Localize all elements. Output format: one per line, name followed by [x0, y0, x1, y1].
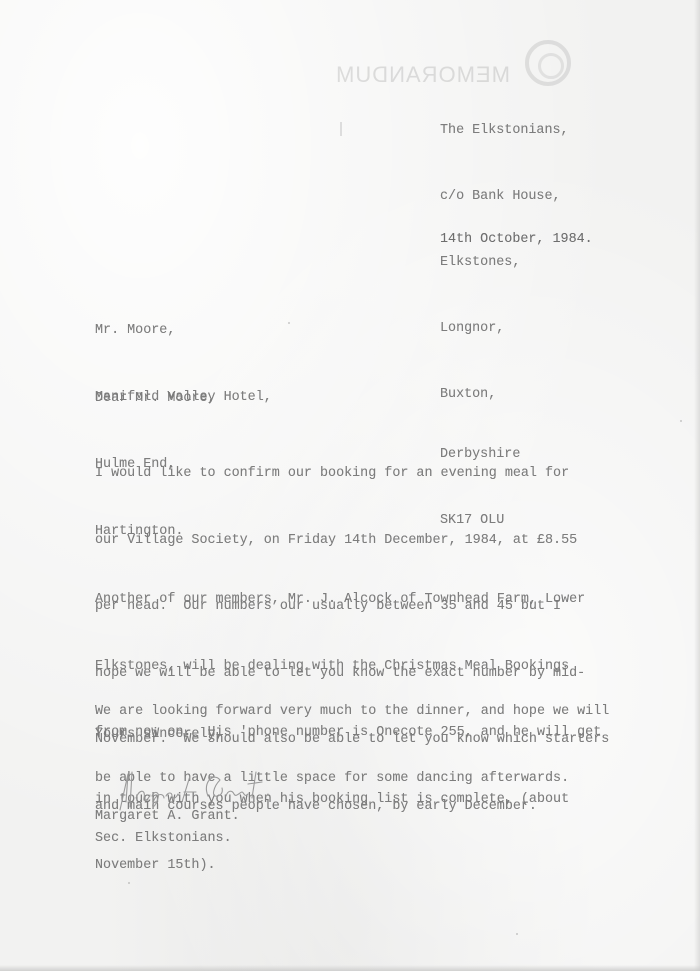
- bleed-through-mark: [340, 122, 342, 136]
- paper-speck: [516, 933, 518, 935]
- closing: Yours sincerely,: [95, 724, 224, 746]
- sender-address-line: Buxton,: [440, 384, 569, 400]
- signatory-name: Margaret A. Grant.: [95, 806, 240, 828]
- sender-address-line: The Elkstonians,: [440, 120, 569, 142]
- paper-speck: [288, 322, 290, 324]
- recipient-address-line: Mr. Moore,: [95, 320, 272, 343]
- letter-date: 14th October, 1984.: [440, 229, 593, 251]
- paragraph-line: November 15th).: [95, 855, 601, 878]
- paragraph-line: Another of our members, Mr. J. Alcock of…: [95, 589, 601, 612]
- sender-address-line: Longnor,: [440, 318, 569, 340]
- salutation: Dear Mr. Moore,: [95, 388, 216, 410]
- paper-speck: [128, 882, 130, 884]
- signatory-title: Sec. Elkstonians.: [95, 828, 232, 850]
- paragraph-line: We are looking forward very much to the …: [95, 701, 609, 724]
- paragraph-line: I would like to confirm our booking for …: [95, 463, 609, 486]
- sender-address-line: c/o Bank House,: [440, 186, 569, 208]
- paper-edge-shadow-right: [694, 0, 700, 971]
- paper-speck: [680, 420, 682, 422]
- sender-address-line: Elkstones,: [440, 252, 569, 274]
- paper-edge-shadow-bottom: [0, 965, 700, 971]
